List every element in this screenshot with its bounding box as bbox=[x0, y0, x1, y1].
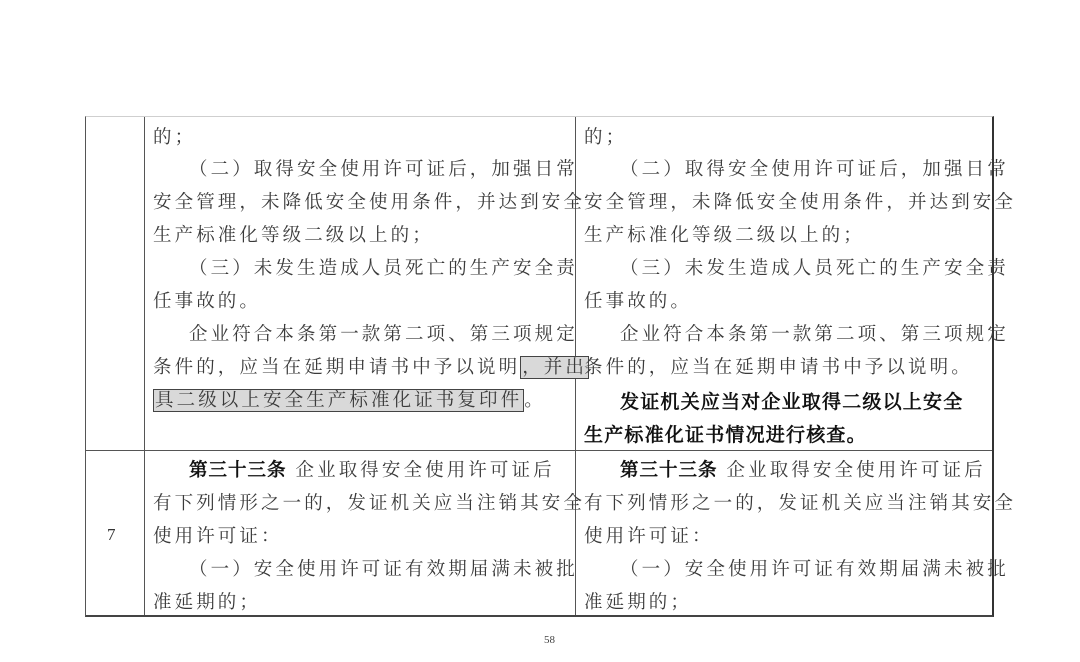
text-line: 有下列情形之一的，发证机关应当注销其安全 bbox=[584, 492, 1016, 516]
text-line: 准延期的； bbox=[153, 591, 261, 615]
text-line: 生产标准化等级二级以上的； bbox=[584, 224, 865, 248]
text-line: 具二级以上安全生产标准化证书复印件。 bbox=[153, 389, 546, 413]
added-bold-text: 发证机关应当对企业取得二级以上安全 bbox=[620, 390, 963, 414]
row1-left-cell: 的； （二）取得安全使用许可证后，加强日常 安全管理，未降低安全使用条件，并达到… bbox=[145, 117, 575, 450]
row1-right-cell: 的； （二）取得安全使用许可证后，加强日常 安全管理，未降低安全使用条件，并达到… bbox=[576, 117, 994, 450]
text-line: 任事故的。 bbox=[584, 290, 692, 314]
text-line: 生产标准化等级二级以上的； bbox=[153, 224, 434, 248]
text-line: （二）取得安全使用许可证后，加强日常 bbox=[189, 158, 578, 182]
document-page: 的； （二）取得安全使用许可证后，加强日常 安全管理，未降低安全使用条件，并达到… bbox=[0, 0, 1080, 662]
text-line: 第三十三条 企业取得安全使用许可证后 bbox=[189, 459, 555, 483]
text-line: 准延期的； bbox=[584, 591, 692, 615]
text-normal: 条件的，应当在延期申请书中予以说明 bbox=[153, 357, 520, 378]
row2-left-cell: 第三十三条 企业取得安全使用许可证后 有下列情形之一的，发证机关应当注销其安全 … bbox=[145, 451, 575, 617]
text-line: （一）安全使用许可证有效期届满未被批 bbox=[620, 558, 1009, 582]
row2-right-cell: 第三十三条 企业取得安全使用许可证后 有下列情形之一的，发证机关应当注销其安全 … bbox=[576, 451, 994, 617]
text-line: （三）未发生造成人员死亡的生产安全责 bbox=[189, 257, 578, 281]
text-line: 企业符合本条第一款第二项、第三项规定 bbox=[189, 323, 578, 347]
article-title: 第三十三条 bbox=[189, 460, 287, 481]
text-line: （一）安全使用许可证有效期届满未被批 bbox=[189, 558, 578, 582]
text-line: 条件的，应当在延期申请书中予以说明，并出 bbox=[153, 356, 589, 380]
article-title: 第三十三条 bbox=[620, 460, 718, 481]
comparison-table: 的； （二）取得安全使用许可证后，加强日常 安全管理，未降低安全使用条件，并达到… bbox=[85, 116, 994, 617]
text-line: 任事故的。 bbox=[153, 290, 261, 314]
text-line: 的； bbox=[584, 126, 627, 150]
text-line: 安全管理，未降低安全使用条件，并达到安全 bbox=[584, 191, 1016, 215]
text-normal: 企业取得安全使用许可证后 bbox=[296, 460, 555, 481]
text-line: （三）未发生造成人员死亡的生产安全责 bbox=[620, 257, 1009, 281]
text-line: 企业符合本条第一款第二项、第三项规定 bbox=[620, 323, 1009, 347]
text-line: （二）取得安全使用许可证后，加强日常 bbox=[620, 158, 1009, 182]
text-line: 第三十三条 企业取得安全使用许可证后 bbox=[620, 459, 986, 483]
text-line: 有下列情形之一的，发证机关应当注销其安全 bbox=[153, 492, 585, 516]
row-number: 7 bbox=[107, 525, 116, 545]
text-normal: 企业取得安全使用许可证后 bbox=[727, 460, 986, 481]
text-line: 使用许可证： bbox=[584, 525, 714, 549]
text-line: 使用许可证： bbox=[153, 525, 283, 549]
highlighted-deleted-text: 具二级以上安全生产标准化证书复印件 bbox=[153, 389, 524, 412]
text-line: 安全管理，未降低安全使用条件，并达到安全 bbox=[153, 191, 585, 215]
text-line: 的； bbox=[153, 126, 196, 150]
text-normal: 。 bbox=[524, 390, 546, 411]
page-number: 58 bbox=[544, 634, 555, 646]
text-line: 条件的，应当在延期申请书中予以说明。 bbox=[584, 356, 973, 380]
added-bold-text: 生产标准化证书情况进行核查。 bbox=[584, 423, 867, 447]
